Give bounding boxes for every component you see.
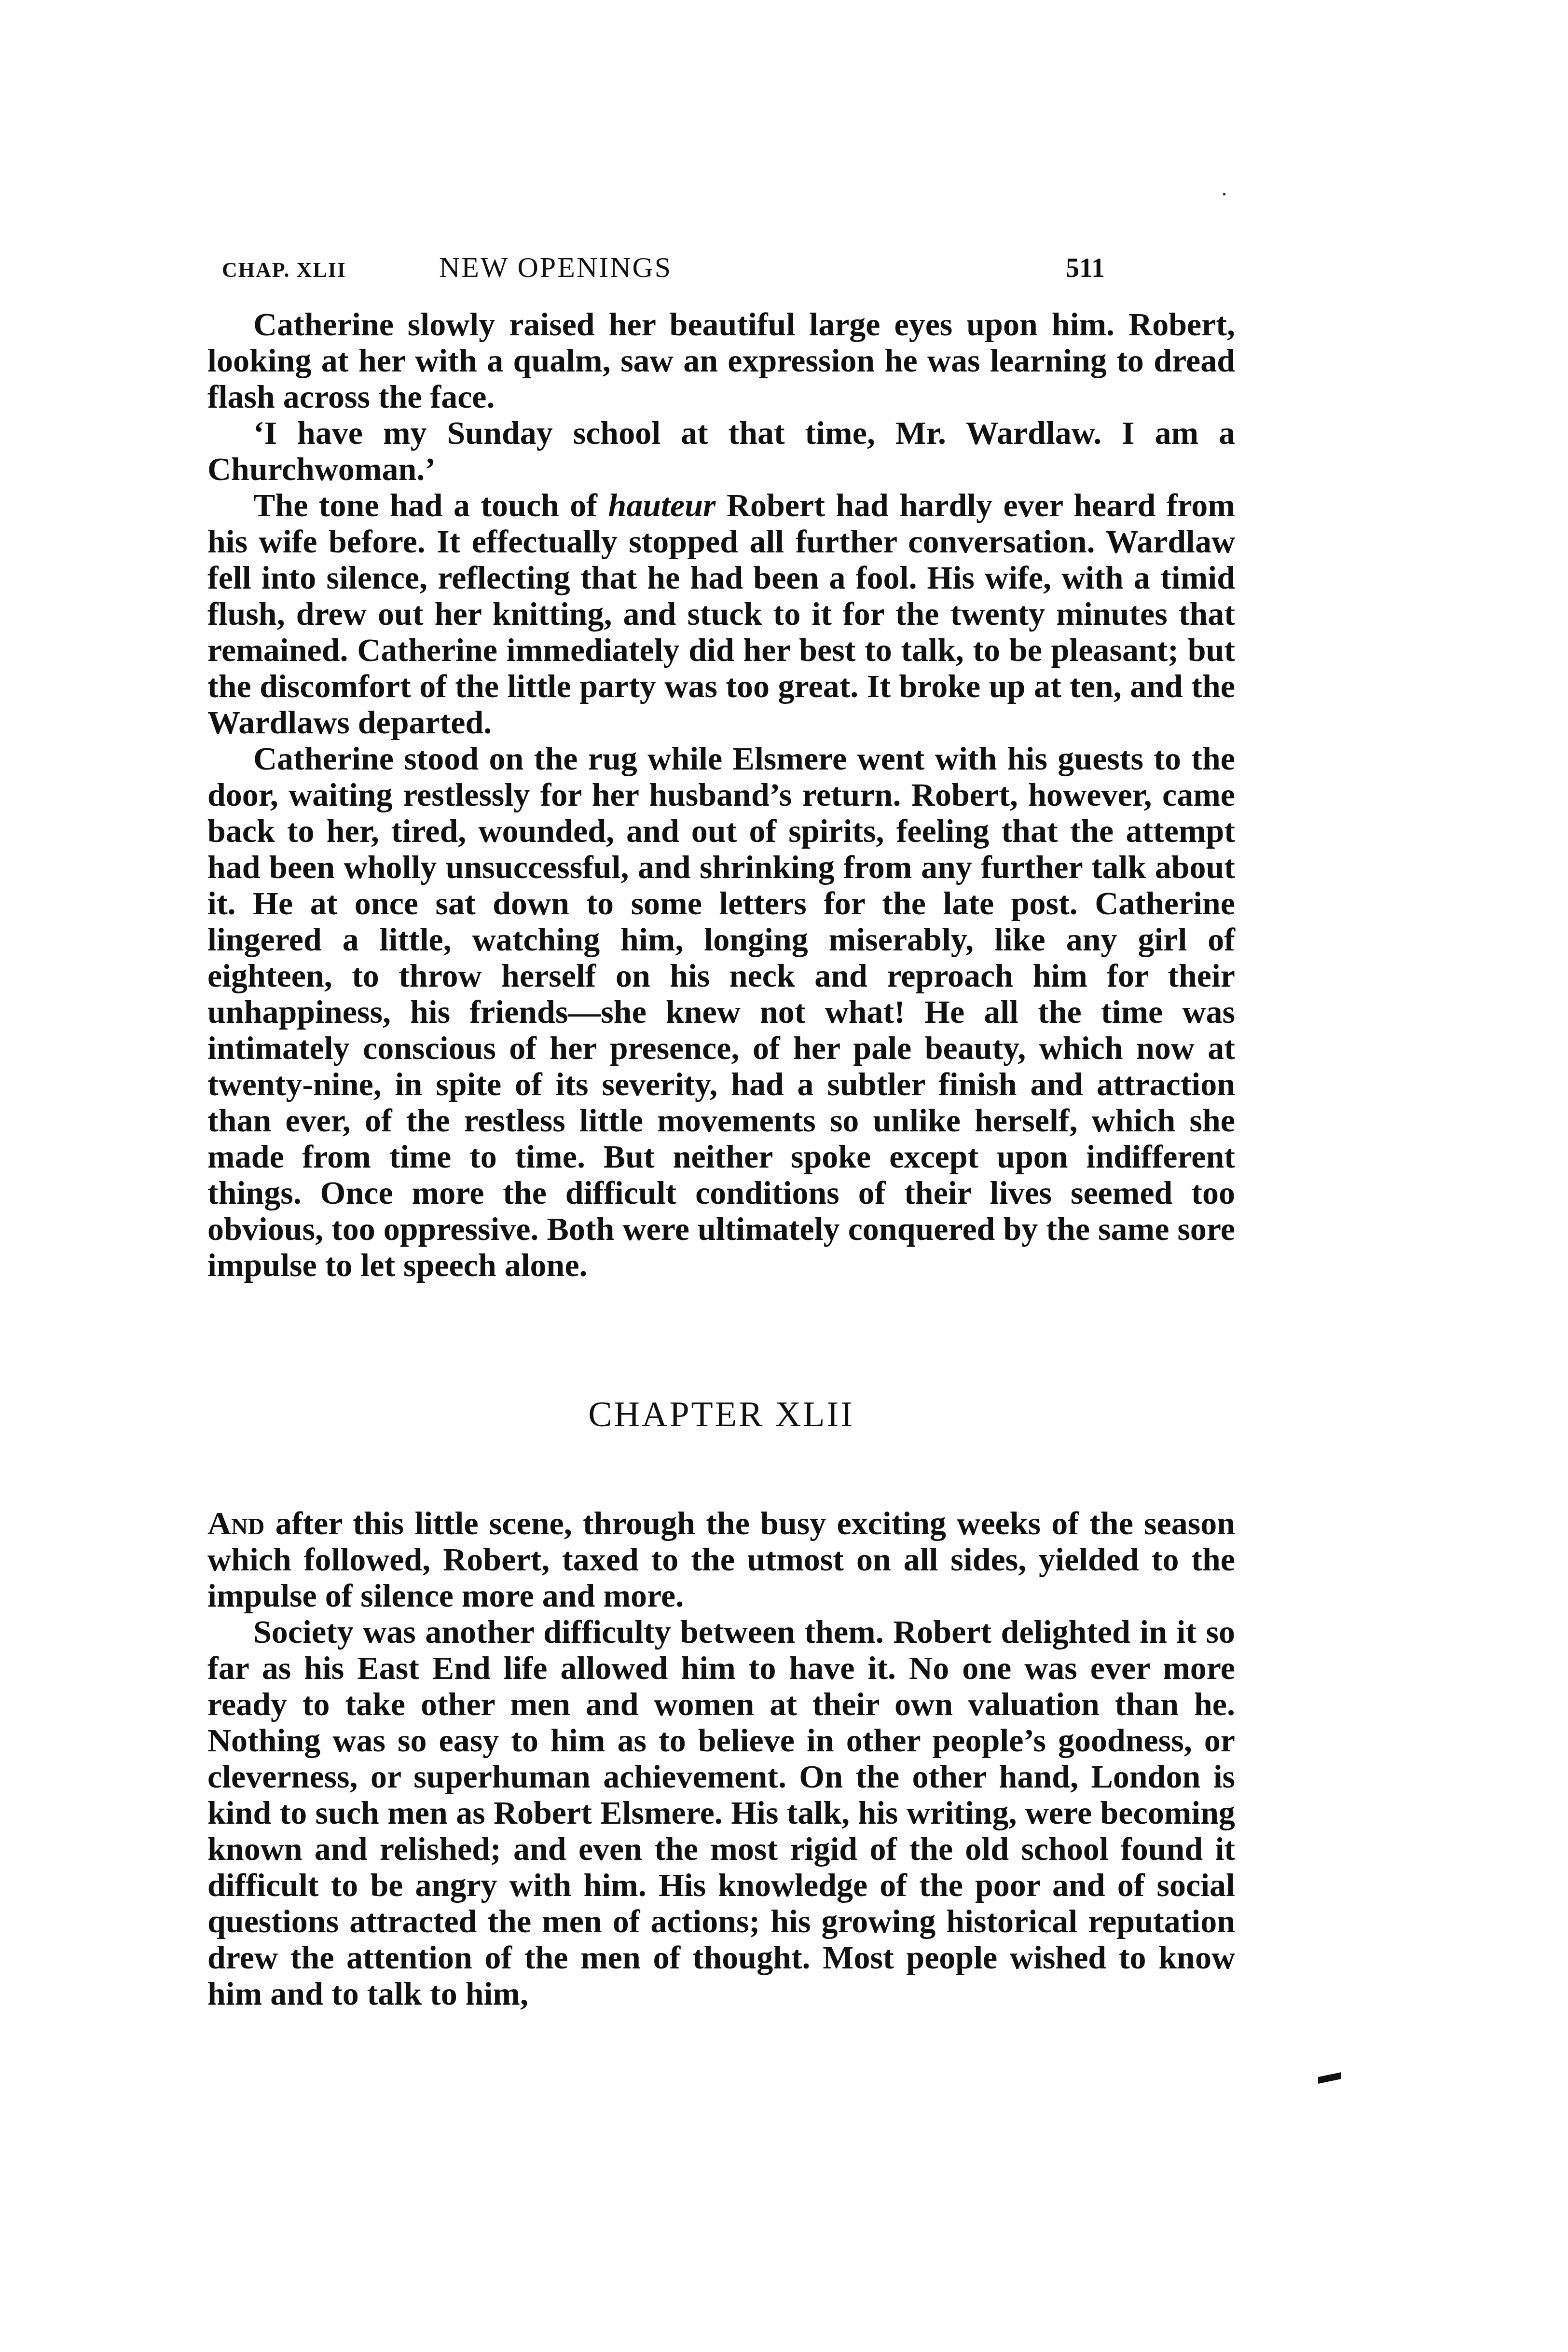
italic-word: hauteur — [608, 487, 715, 523]
chapter-label: CHAP. XLII — [222, 258, 346, 282]
book-page: CHAP. XLII NEW OPENINGS 511 Catherine sl… — [0, 0, 1568, 2352]
text-run: The tone had a touch of — [253, 487, 608, 523]
ink-speck — [1318, 2072, 1341, 2084]
paragraph: Catherine slowly raised her beautiful la… — [207, 306, 1235, 415]
opening-word: And — [207, 1505, 264, 1541]
page-number: 511 — [1066, 253, 1105, 284]
paragraph: And after this little scene, through the… — [207, 1505, 1235, 1614]
running-title: NEW OPENINGS — [439, 251, 672, 284]
paragraph: The tone had a touch of hauteur Robert h… — [207, 487, 1235, 741]
body-text: Catherine slowly raised her beautiful la… — [207, 306, 1235, 2012]
text-run: Robert had hardly ever heard from his wi… — [207, 487, 1235, 741]
paragraph: Society was another difficulty between t… — [207, 1614, 1235, 2012]
paragraph: Catherine stood on the rug while Elsmere… — [207, 741, 1235, 1283]
chapter-heading: CHAPTER XLII — [207, 1397, 1235, 1433]
running-head: CHAP. XLII NEW OPENINGS 511 — [222, 251, 1052, 289]
ink-speck — [1223, 193, 1225, 195]
paragraph: ‘I have my Sunday school at that time, M… — [207, 415, 1235, 487]
text-run: after this little scene, through the bus… — [207, 1505, 1235, 1614]
